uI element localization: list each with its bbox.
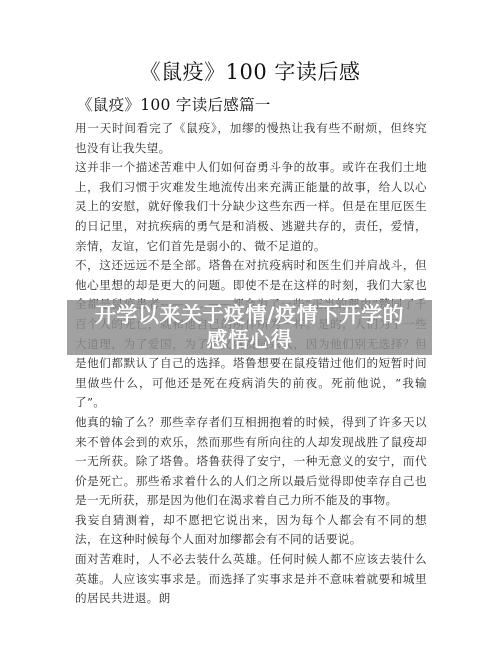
paragraph: 他真的输了么？那些幸存者们互相拥抱着的时候，得到了许多天以来不曾体会到的欢乐，然… [75, 413, 427, 511]
document-body: 用一天时间看完了《鼠疫》，加缪的慢热让我有些不耐烦，但终究也没有让我失望。 这并… [75, 119, 427, 609]
section-heading: 《鼠疫》100 字读后感篇一 [77, 94, 271, 116]
overlay-banner-text: 开学以来关于疫情/疫情下开学的感悟心得 [85, 303, 415, 353]
document-page: 《鼠疫》100 字读后感 《鼠疫》100 字读后感篇一 用一天时间看完了《鼠疫》… [0, 0, 500, 647]
document-title: 《鼠疫》100 字读后感 [0, 58, 500, 86]
paragraph: 面对苦难时，人不必去装什么英雄。任何时候人都不应该去装什么英雄。人应该实事求是。… [75, 550, 427, 609]
title-overlay-banner[interactable]: 开学以来关于疫情/疫情下开学的感悟心得 [67, 300, 432, 355]
paragraph: 用一天时间看完了《鼠疫》，加缪的慢热让我有些不耐烦，但终究也没有让我失望。 [75, 119, 427, 158]
paragraph: 这并非一个描述苦难中人们如何奋勇斗争的故事。或许在我们土地上，我们习惯于灾难发生… [75, 158, 427, 256]
paragraph: 我妄自猜测着，却不愿把它说出来，因为每个人都会有不同的想法，在这种时候每个人面对… [75, 511, 427, 550]
